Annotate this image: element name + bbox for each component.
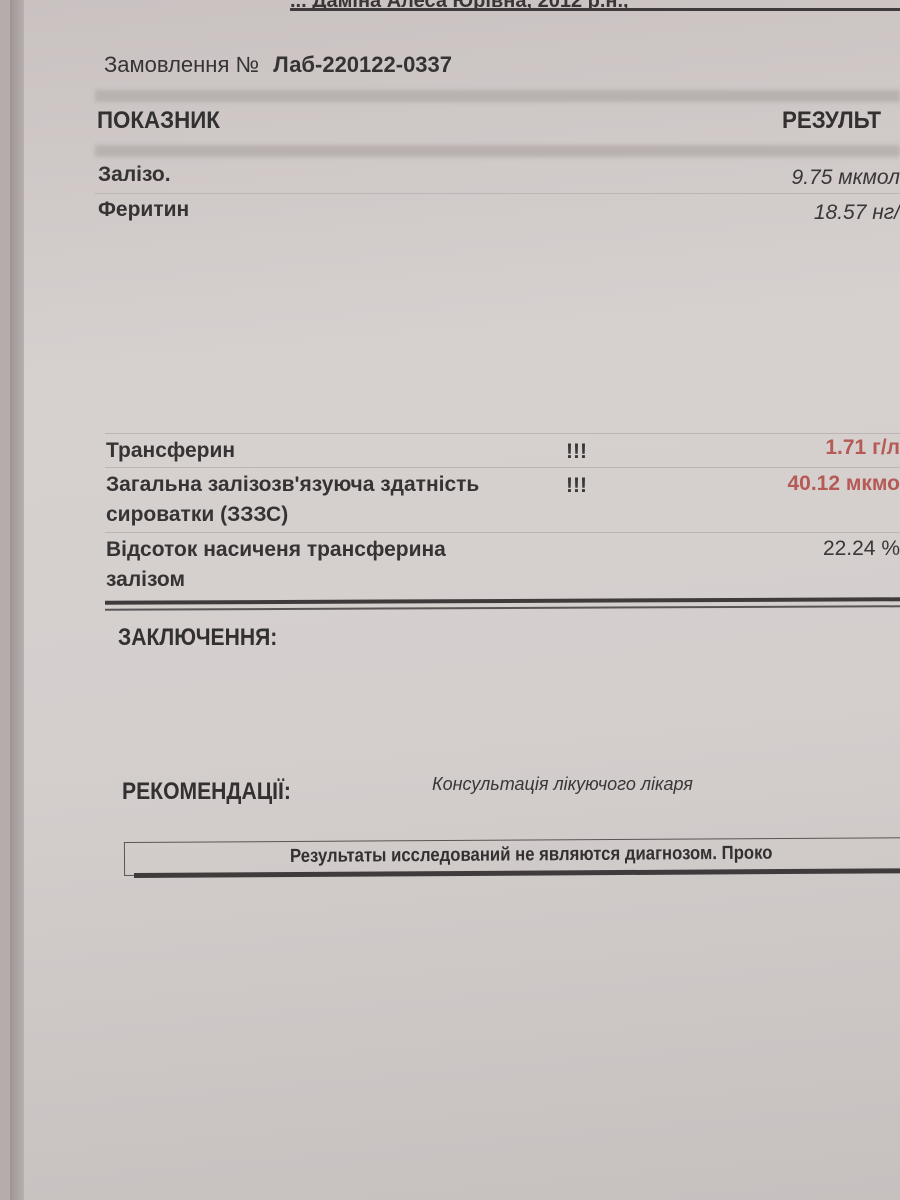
page-edge-shadow	[10, 0, 24, 1200]
patient-line: ... Даміна Алеса Юрївна, 2012 р.н.,	[290, 0, 900, 11]
header-band-top	[95, 90, 900, 102]
row-saturation-name-line1: Відсоток насиченя трансферина	[106, 535, 446, 565]
conclusion-heading: ЗАКЛЮЧЕННЯ:	[118, 624, 277, 652]
row-divider	[105, 433, 900, 434]
row-ferritin-name: Феритин	[98, 195, 189, 225]
row-saturation-value: 22.24 %	[823, 537, 900, 561]
column-header-result: РЕЗУЛЬТ	[782, 107, 881, 135]
order-number-line: Замовлення № Лаб-220122-0337	[104, 52, 452, 78]
order-number: Лаб-220122-0337	[273, 52, 452, 77]
header-band-bottom	[95, 145, 900, 157]
order-label: Замовлення №	[104, 52, 259, 77]
row-tibc-name: Загальна залізозв'язуюча здатність сиров…	[106, 470, 479, 530]
row-transferrin-value: 1.71 г/л	[825, 436, 900, 460]
row-transferrin-name: Трансферин	[106, 436, 235, 466]
row-tibc-value: 40.12 мкмо	[787, 472, 900, 496]
column-header-indicator: ПОКАЗНИК	[97, 107, 220, 135]
row-saturation-name: Відсоток насиченя трансферина залізом	[106, 535, 446, 595]
row-iron-name: Залізо.	[98, 160, 171, 190]
recommendations-text: Консультація лікуючого лікаря	[432, 774, 693, 795]
recommendations-heading: РЕКОМЕНДАЦІЇ:	[122, 778, 291, 806]
row-divider	[105, 532, 900, 533]
row-tibc-flag: !!!	[566, 474, 587, 498]
row-divider	[95, 193, 900, 194]
row-iron-value: 9.75 мкмол	[792, 166, 900, 190]
disclaimer-text: Результаты исследований не являются диаг…	[290, 843, 773, 868]
row-ferritin-value: 18.57 нг/	[814, 201, 900, 225]
row-tibc-name-line1: Загальна залізозв'язуюча здатність	[106, 470, 479, 500]
row-saturation-name-line2: залізом	[106, 565, 446, 595]
row-divider	[105, 467, 900, 468]
row-tibc-name-line2: сироватки (ЗЗЗС)	[106, 500, 479, 530]
row-transferrin-flag: !!!	[566, 440, 587, 464]
